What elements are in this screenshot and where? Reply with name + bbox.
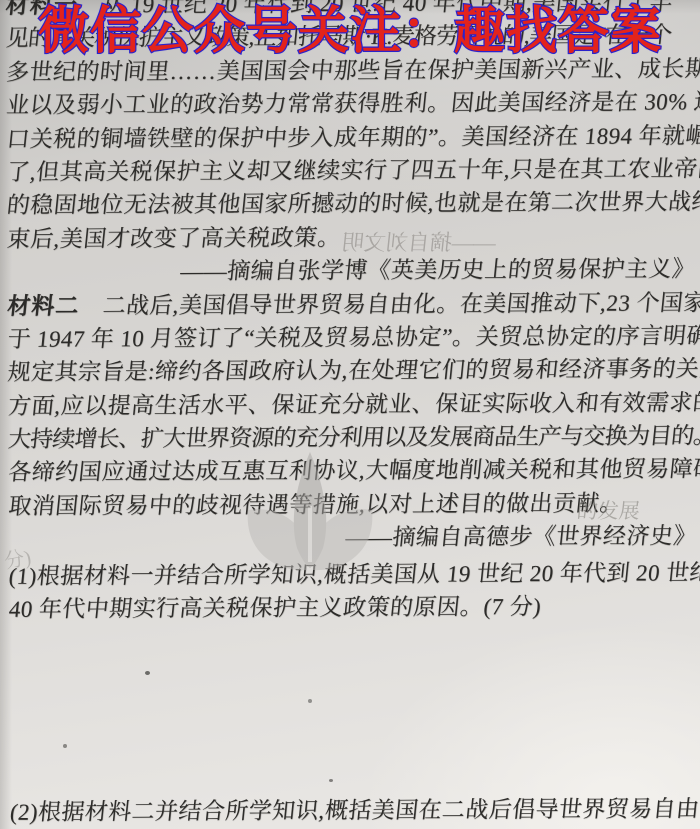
dust-speck [158, 597, 161, 600]
dust-speck [329, 779, 333, 782]
material-2-line-3: 规定其宗旨是:缔约各国政府认为,在处理它们的贸易和经济事务的关系 [6, 352, 700, 389]
answer-blank-space [9, 623, 700, 797]
material-2-label: 材料二 [6, 292, 81, 318]
bleed-through-mirrored-text: ——摘自刘文明 [304, 226, 497, 257]
bleed-through-fragment-right: 的发展 [575, 495, 641, 525]
material-1-line-4: 业以及弱小工业的政治势力常常获得胜利。因此美国经济是在 30% 进 [5, 85, 700, 122]
wechat-promo-watermark-text: 微信公众号关注：趣找答案 [38, 1, 662, 61]
document-content: 材料一 从 19 世纪 20 年代到 20 世纪 40 年代中期,美国实行了罕 … [0, 0, 700, 829]
material-2-line-1-text: 二战后,美国倡导世界贸易自由化。在美国推动下,23 个国家 [78, 290, 700, 318]
dust-speck [308, 699, 312, 703]
dust-speck [145, 671, 150, 675]
scanned-exam-page: ——摘自刘文明 的发展 分) 材料一 从 19 世纪 20 年代到 20 世纪 … [0, 0, 700, 829]
dust-speck [63, 744, 67, 748]
material-2-line-1: 材料二 二战后,美国倡导世界贸易自由化。在美国推动下,23 个国家 [6, 286, 700, 323]
material-2-line-4: 方面,应以提高生活水平、保证充分就业、保证实际收入和有效需求的巨 [6, 386, 700, 423]
question-1-line-2: 40 年代中期实行高关税保护主义政策的原因。(7 分) [7, 589, 700, 626]
exam-text-block: 材料一 从 19 世纪 20 年代到 20 世纪 40 年代中期,美国实行了罕 … [6, 0, 700, 829]
question-2-line-1: (2)根据材料二并结合所学知识,概括美国在二战后倡导世界贸易自由 [8, 793, 700, 829]
material-1-attribution: ——摘编自张学博《英美历史上的贸易保护主义》 [6, 252, 700, 289]
material-1-line-7: 的稳固地位无法被其他国家所撼动的时候,也就是在第二次世界大战结 [5, 186, 700, 223]
paper-flower-emblem-watermark [236, 448, 384, 576]
material-2-line-2: 于 1947 年 10 月签订了“关税及贸易总协定”。关贸总协定的序言明确 [6, 319, 700, 356]
material-1-line-5: 口关税的铜墙铁壁的保护中步入成年期的”。美国经济在 1894 年就崛起 [5, 119, 700, 156]
bleed-through-fragment-left: 分) [2, 541, 33, 574]
material-1-line-6: 了,但其高关税保护主义却又继续实行了四五十年,只是在其工农业帝国 [5, 152, 700, 189]
